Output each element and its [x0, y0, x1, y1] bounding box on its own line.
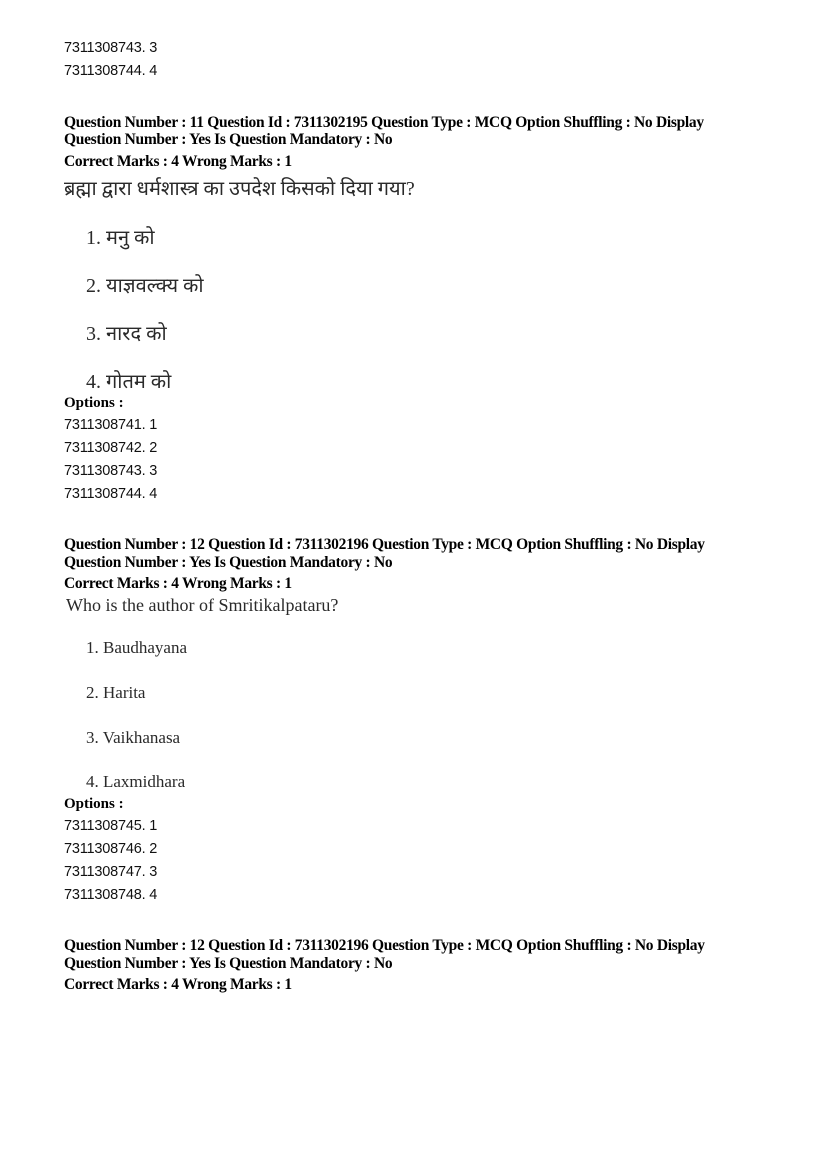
option-value: 4: [149, 63, 157, 79]
option-id: 7311308744: [64, 486, 142, 502]
question-text: ब्रह्मा द्वारा धर्मशास्त्र का उपदेश किसक…: [64, 174, 415, 201]
option-line: 7311308747. 3: [64, 864, 157, 880]
question-meta-line2: Question Number : Yes Is Question Mandat…: [64, 131, 392, 149]
option-line: 7311308744. 4: [64, 63, 157, 79]
option-id: 7311308745: [64, 818, 142, 834]
option-id: 7311308744: [64, 63, 142, 79]
option-line: 7311308744. 4: [64, 486, 157, 502]
option-id: 7311308743: [64, 40, 142, 56]
question-marks: Correct Marks : 4 Wrong Marks : 1: [64, 153, 292, 171]
question-choice-4: 4. Laxmidhara: [86, 772, 185, 792]
question-text: Who is the author of Smritikalpataru?: [66, 595, 338, 616]
option-line: 7311308741. 1: [64, 417, 157, 433]
question-choice-1: 1. Baudhayana: [86, 638, 187, 658]
question-meta-line2: Question Number : Yes Is Question Mandat…: [64, 955, 392, 973]
option-id: 7311308746: [64, 841, 142, 857]
option-line: 7311308745. 1: [64, 818, 157, 834]
option-value: 2: [149, 841, 157, 857]
option-value: 3: [149, 40, 157, 56]
option-line: 7311308743. 3: [64, 40, 157, 56]
option-id: 7311308742: [64, 440, 142, 456]
question-meta-line1: Question Number : 12 Question Id : 73113…: [64, 937, 705, 955]
document-page: 7311308743. 3 7311308744. 4 Question Num…: [0, 0, 826, 1169]
question-choice-1: 1. मनु को: [86, 223, 155, 250]
option-id: 7311308747: [64, 864, 142, 880]
option-value: 3: [149, 864, 157, 880]
option-value: 4: [149, 486, 157, 502]
option-value: 2: [149, 440, 157, 456]
question-meta-line1: Question Number : 11 Question Id : 73113…: [64, 114, 704, 132]
option-value: 1: [149, 417, 157, 433]
question-marks: Correct Marks : 4 Wrong Marks : 1: [64, 575, 292, 593]
question-choice-2: 2. याज्ञवल्क्य को: [86, 271, 204, 298]
question-choice-4: 4. गोतम को: [86, 367, 171, 394]
options-label: Options :: [64, 796, 124, 813]
question-meta-line1: Question Number : 12 Question Id : 73113…: [64, 536, 705, 554]
option-line: 7311308748. 4: [64, 887, 157, 903]
question-choice-2: 2. Harita: [86, 683, 145, 703]
option-id: 7311308741: [64, 417, 142, 433]
question-meta-line2: Question Number : Yes Is Question Mandat…: [64, 554, 392, 572]
option-value: 4: [149, 887, 157, 903]
question-choice-3: 3. नारद को: [86, 319, 167, 346]
question-choice-3: 3. Vaikhanasa: [86, 728, 180, 748]
option-line: 7311308746. 2: [64, 841, 157, 857]
option-id: 7311308743: [64, 463, 142, 479]
options-label: Options :: [64, 395, 124, 412]
option-id: 7311308748: [64, 887, 142, 903]
option-line: 7311308743. 3: [64, 463, 157, 479]
option-line: 7311308742. 2: [64, 440, 157, 456]
option-value: 1: [149, 818, 157, 834]
question-marks: Correct Marks : 4 Wrong Marks : 1: [64, 976, 292, 994]
option-value: 3: [149, 463, 157, 479]
